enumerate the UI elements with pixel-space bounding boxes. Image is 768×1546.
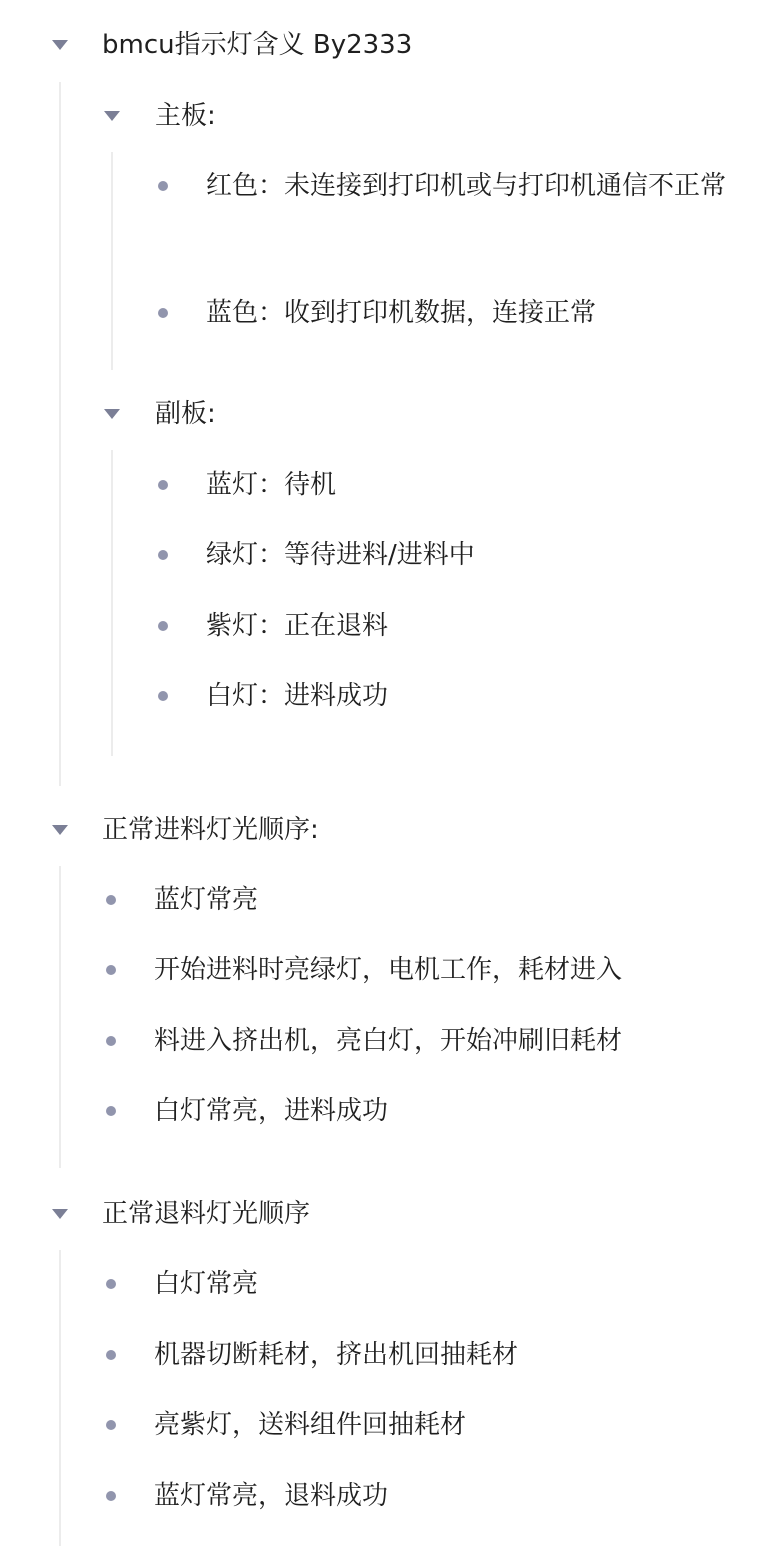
node-text: 蓝色：收到打印机数据，连接正常 xyxy=(206,285,596,341)
bullet-icon xyxy=(106,1036,116,1046)
node-text: 白灯：进料成功 xyxy=(206,668,388,724)
guide-line-load xyxy=(59,866,61,1168)
node-text: 绿灯：等待进料/进料中 xyxy=(206,527,475,583)
node-text: 副板: xyxy=(155,386,216,442)
node-text: bmcu指示灯含义 By2333 xyxy=(102,17,412,73)
node-text: 亮紫灯，送料组件回抽耗材 xyxy=(154,1397,466,1453)
node-text: 红色：未连接到打印机或与打印机通信不正常 xyxy=(206,158,726,214)
bullet-icon xyxy=(106,1106,116,1116)
node-text: 蓝灯常亮，退料成功 xyxy=(154,1468,388,1524)
bullet-icon xyxy=(106,1279,116,1289)
guide-line-title xyxy=(59,82,61,786)
bullet-icon xyxy=(158,691,168,701)
collapse-triangle-icon[interactable] xyxy=(52,1209,68,1219)
collapse-triangle-icon[interactable] xyxy=(104,111,120,121)
node-text: 料进入挤出机，亮白灯，开始冲刷旧耗材 xyxy=(154,1013,622,1069)
bullet-icon xyxy=(106,1420,116,1430)
bullet-icon xyxy=(106,1491,116,1501)
collapse-triangle-icon[interactable] xyxy=(104,409,120,419)
bullet-icon xyxy=(158,308,168,318)
bullet-icon xyxy=(106,965,116,975)
node-text: 正常退料灯光顺序 xyxy=(102,1186,310,1242)
guide-line-unload xyxy=(59,1250,61,1546)
bullet-icon xyxy=(106,1350,116,1360)
node-text: 白灯常亮 xyxy=(154,1256,258,1312)
guide-line-sub-board xyxy=(111,450,113,756)
node-text: 蓝灯：待机 xyxy=(206,457,336,513)
node-text: 紫灯：正在退料 xyxy=(206,598,388,654)
bullet-icon xyxy=(158,550,168,560)
node-text: 正常进料灯光顺序: xyxy=(102,802,319,858)
bullet-icon xyxy=(158,181,168,191)
node-text: 主板: xyxy=(155,88,216,144)
node-text: 蓝灯常亮 xyxy=(154,872,258,928)
collapse-triangle-icon[interactable] xyxy=(52,40,68,50)
node-text: 开始进料时亮绿灯，电机工作，耗材进入 xyxy=(154,942,622,998)
node-text: 白灯常亮，进料成功 xyxy=(154,1083,388,1139)
node-text: 机器切断耗材，挤出机回抽耗材 xyxy=(154,1327,518,1383)
bullet-icon xyxy=(106,895,116,905)
guide-line-main-board xyxy=(111,152,113,370)
bullet-icon xyxy=(158,480,168,490)
bullet-icon xyxy=(158,621,168,631)
collapse-triangle-icon[interactable] xyxy=(52,825,68,835)
